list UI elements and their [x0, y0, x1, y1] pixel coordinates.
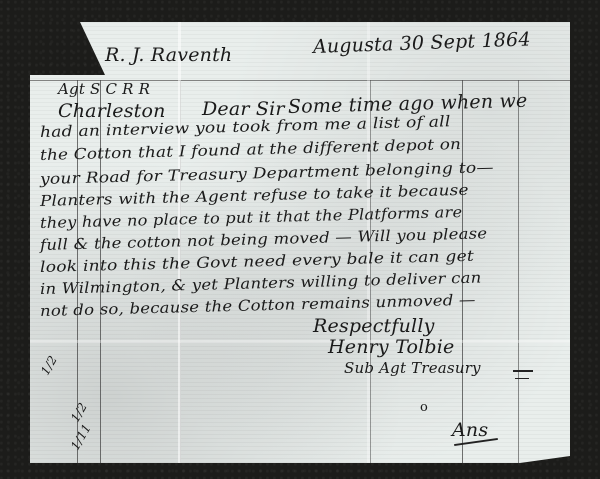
- small-o-mark: o: [420, 400, 428, 415]
- signature-flourish: [513, 370, 533, 372]
- margin-mark-2: 1/2: [68, 400, 90, 424]
- letter-paper: R. J. Raventh Augusta 30 Sept 1864 Agt S…: [30, 22, 570, 463]
- closing: Respectfully: [313, 315, 435, 337]
- signature-flourish-2: [515, 378, 529, 379]
- addressee-name: R. J. Raventh: [105, 44, 232, 66]
- answer-annotation: Ans: [452, 419, 488, 441]
- margin-mark-1: 1/2: [38, 353, 60, 377]
- addressee-place: Charleston: [58, 100, 166, 122]
- column-rule-4: [518, 80, 519, 463]
- signer-title: Sub Agt Treasury: [344, 359, 481, 377]
- margin-mark-3: 1/11: [68, 421, 94, 452]
- addressee-title: Agt S C R R: [58, 80, 150, 98]
- dateline: Augusta 30 Sept 1864: [313, 28, 531, 58]
- fold-line-horizontal: [30, 340, 570, 343]
- signature: Henry Tolbie: [328, 336, 455, 358]
